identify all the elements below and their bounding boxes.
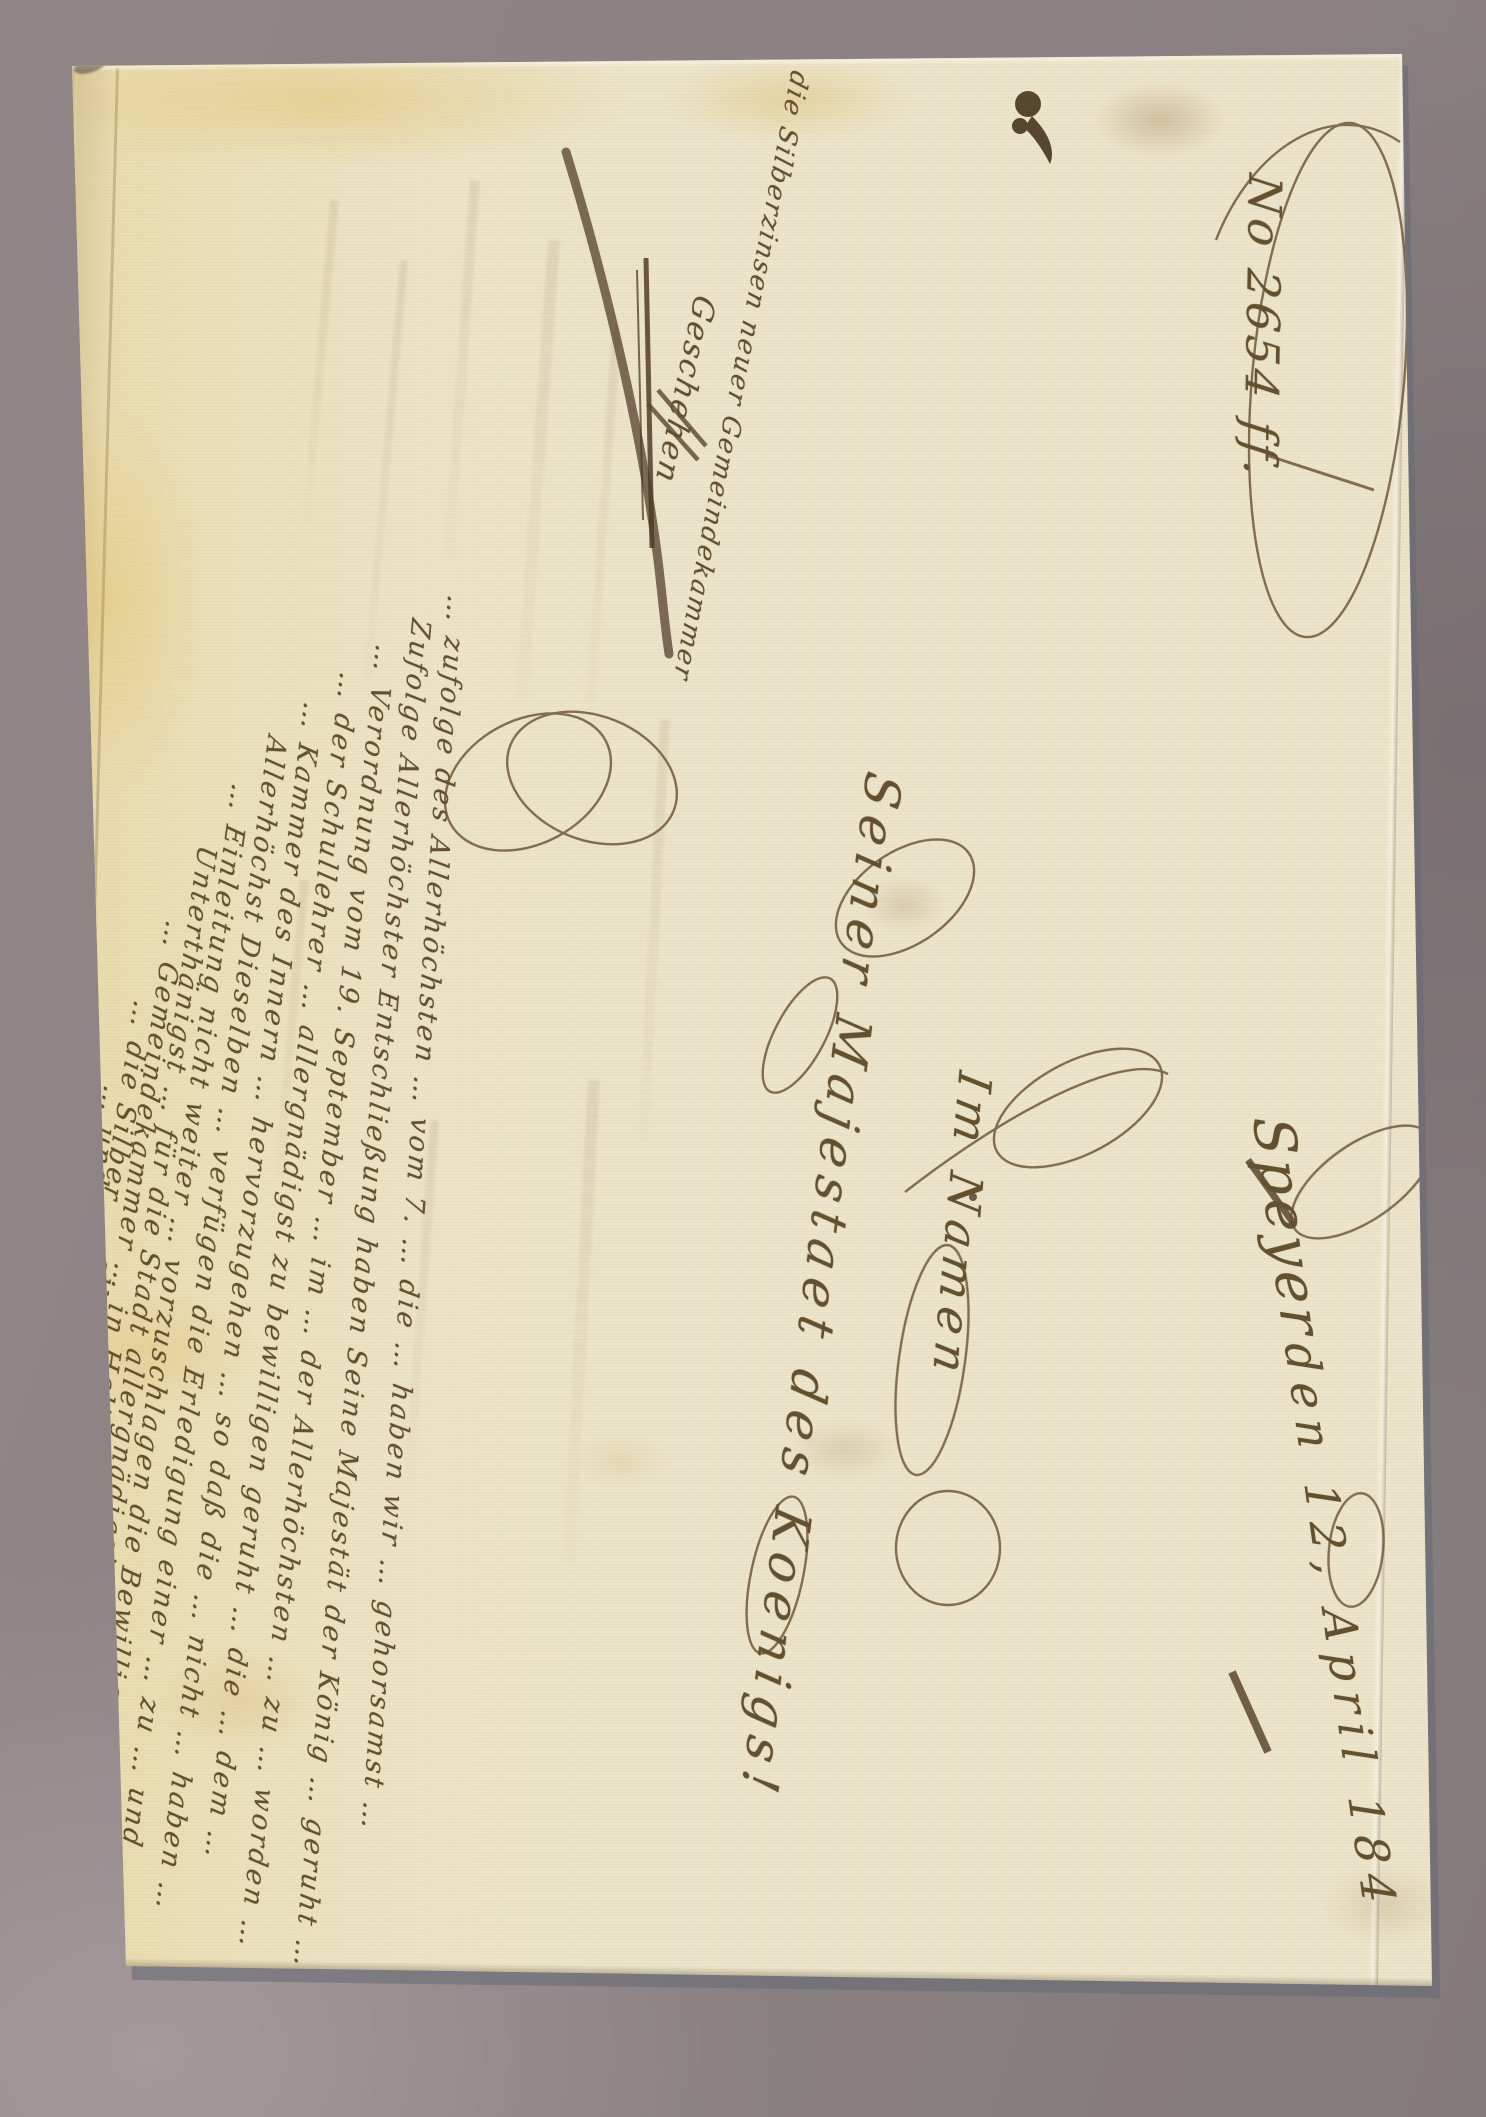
ink-blot (1015, 91, 1041, 117)
annotation-underline (646, 258, 652, 548)
annotation-cancelled-word: Geschehen (648, 291, 722, 489)
heading-majestaet: Seiner Majestaet des Koenigs! (729, 767, 912, 1807)
bleedthrough-streak (302, 200, 339, 520)
bleedthrough-streak (585, 330, 620, 710)
annotation-underline-second (637, 270, 643, 520)
koenigs-tail-curl (896, 1491, 1000, 1605)
body-line: … zufolge des Allerhöchsten … vom 7. … d… (355, 593, 472, 1835)
speyer-heavy-stroke (1248, 1160, 1294, 1224)
bleedthrough-streak (563, 1080, 600, 1560)
bleedthrough-streak (405, 1120, 439, 1480)
majestaet-m-loop (748, 967, 852, 1103)
cover-right-edge (1368, 54, 1408, 1990)
im-namen-sweep (905, 1069, 1168, 1192)
annotation-line: die Silberzinsen neuer Gemeindekammer (667, 67, 814, 685)
dateline: Speyer den 12, April 184 (1239, 1116, 1416, 1914)
im-namen-right-loop (975, 1024, 1181, 1192)
file-number-lead-stroke (1216, 125, 1400, 240)
cancellation-slash (648, 404, 698, 460)
bleedthrough-streak (363, 260, 408, 679)
body-line: Zufolge Allerhöchster Entschließung habe… (287, 616, 436, 1972)
bleedthrough-streak (638, 720, 670, 1140)
bleedthrough-streak (516, 240, 560, 700)
file-number: No 2654 ff. (1233, 171, 1292, 483)
bleedthrough-streak (274, 880, 309, 1180)
bleedthrough-streak (443, 180, 479, 560)
file-number-dash (1266, 455, 1374, 490)
ink-flourish-layer (0, 0, 1486, 2117)
ink-dot (969, 1193, 977, 1201)
crayon-stroke (566, 152, 669, 654)
cancellation-slash (658, 390, 706, 446)
manuscript-cover: No 2654 ff. die Silberzinsen neuer Gemei… (0, 0, 1486, 2117)
file-number-oval-flourish (1230, 116, 1426, 643)
body-line: … der Schullehrer … allergnädigst zu bew… (198, 669, 364, 1864)
koenigs-ascender-loop (735, 1491, 819, 1658)
heading-im-namen: Im Namen (922, 1068, 1002, 1386)
seiner-s-flourish (815, 816, 996, 981)
im-namen-descender-loop (883, 1241, 981, 1480)
paraph-oval-left (421, 686, 635, 878)
body-line: … Verordnung vom 19. September … im … de… (232, 642, 400, 1953)
date-text: den 12, April 184 (1273, 1342, 1407, 1914)
april-heavy-stroke (1232, 1672, 1268, 1752)
paraph-oval-right (487, 688, 697, 869)
date-place: Speyer (1239, 1116, 1335, 1339)
ink-blot-tail (1024, 116, 1052, 164)
body-line: Allerhöchst Dieselben … verfügen die Erl… (110, 733, 292, 1894)
ink-blot (1012, 118, 1028, 134)
body-line: … Kammer des Innern … hervorzugehen … so… (149, 699, 328, 1916)
date-digit-loop (1323, 1490, 1389, 1609)
